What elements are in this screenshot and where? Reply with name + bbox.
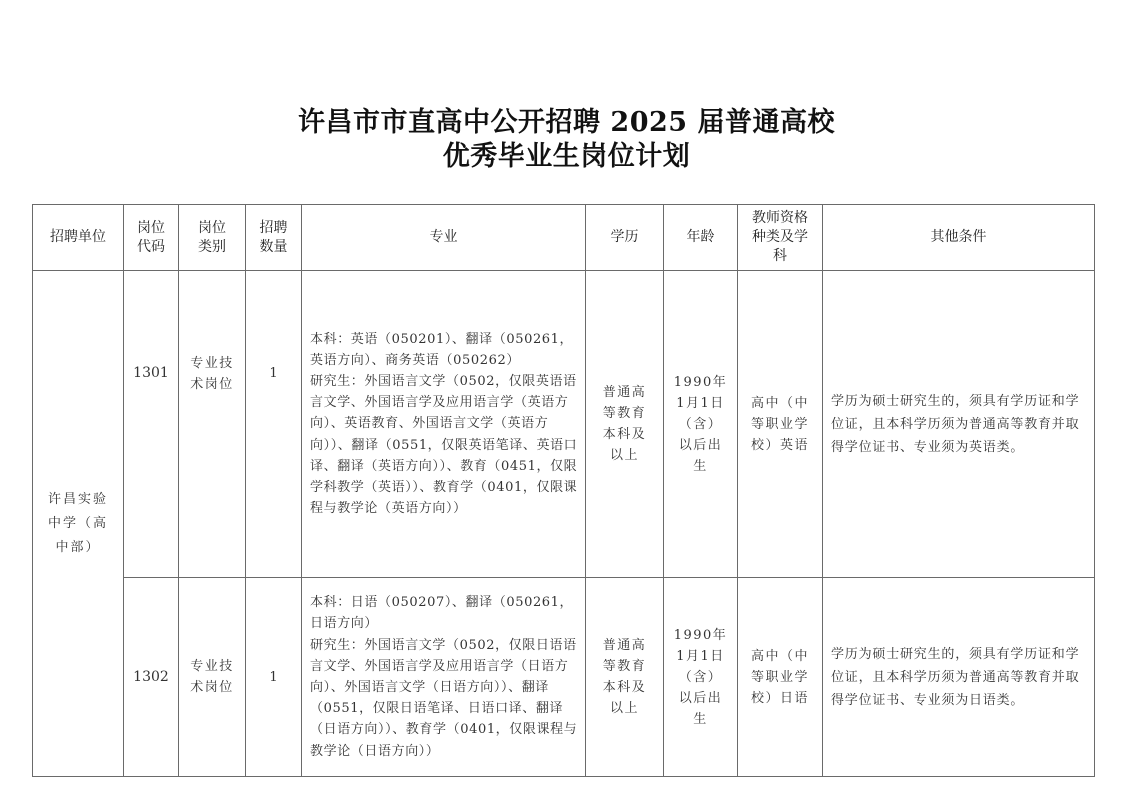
header-other: 其他条件 — [823, 205, 1095, 271]
cell-category: 专业技术岗位 — [179, 271, 246, 578]
table-row: 1302 专业技术岗位 1 本科：日语（050207）、翻译（050261，日语… — [33, 578, 1095, 777]
cell-code: 1301 — [124, 271, 179, 578]
document-title: 许昌市市直高中公开招聘 2025 届普通高校 优秀毕业生岗位计划 — [0, 106, 1133, 174]
cell-unit: 许昌实验中学（高中部） — [33, 271, 124, 777]
cell-education: 普通高等教育本科及以上 — [586, 271, 664, 578]
cell-qualification: 高中（中等职业学校）英语 — [738, 271, 823, 578]
recruitment-table: 招聘单位 岗位代码 岗位类别 招聘数量 专业 学历 年龄 教师资格种类及学科 其… — [32, 204, 1095, 777]
header-code: 岗位代码 — [124, 205, 179, 271]
cell-education: 普通高等教育本科及以上 — [586, 578, 664, 777]
cell-major: 本科：英语（050201）、翻译（050261，英语方向）、商务英语（05026… — [302, 271, 586, 578]
cell-code: 1302 — [124, 578, 179, 777]
cell-count: 1 — [246, 578, 302, 777]
header-age: 年龄 — [664, 205, 738, 271]
cell-count: 1 — [246, 271, 302, 578]
header-count: 招聘数量 — [246, 205, 302, 271]
cell-major: 本科：日语（050207）、翻译（050261，日语方向） 研究生：外国语言文学… — [302, 578, 586, 777]
header-qualification: 教师资格种类及学科 — [738, 205, 823, 271]
cell-age: 1990年1月1日（含）以后出生 — [664, 578, 738, 777]
header-row: 招聘单位 岗位代码 岗位类别 招聘数量 专业 学历 年龄 教师资格种类及学科 其… — [33, 205, 1095, 271]
cell-other: 学历为硕士研究生的，须具有学历证和学位证，且本科学历须为普通高等教育并取得学位证… — [823, 578, 1095, 777]
cell-other: 学历为硕士研究生的，须具有学历证和学位证，且本科学历须为普通高等教育并取得学位证… — [823, 271, 1095, 578]
header-education: 学历 — [586, 205, 664, 271]
cell-category: 专业技术岗位 — [179, 578, 246, 777]
title-line-2: 优秀毕业生岗位计划 — [0, 140, 1133, 174]
header-unit: 招聘单位 — [33, 205, 124, 271]
table-row: 许昌实验中学（高中部） 1301 专业技术岗位 1 本科：英语（050201）、… — [33, 271, 1095, 578]
title-line-1: 许昌市市直高中公开招聘 2025 届普通高校 — [0, 106, 1133, 140]
header-major: 专业 — [302, 205, 586, 271]
cell-age: 1990年1月1日（含）以后出生 — [664, 271, 738, 578]
cell-qualification: 高中（中等职业学校）日语 — [738, 578, 823, 777]
header-category: 岗位类别 — [179, 205, 246, 271]
